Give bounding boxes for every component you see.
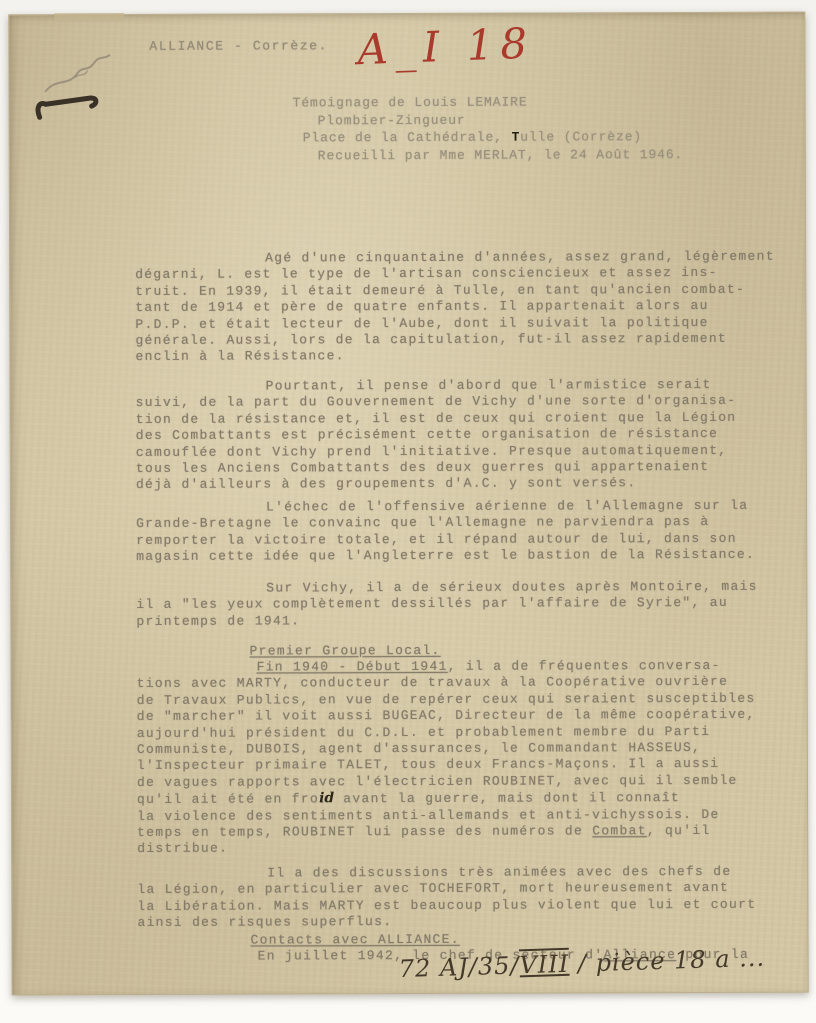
title-line-collected-by: Recueilli par Mme MERLAT, le 24 Août 194… <box>318 146 684 165</box>
title-line-profession: Plombier-Zingueur <box>318 111 684 130</box>
text-line: tions avec MARTY, conducteur de travaux … <box>137 674 756 693</box>
overwritten-letter: T <box>512 130 521 145</box>
ref-post: / pièce 18 a ... <box>569 944 766 978</box>
section-heading-premier-groupe-local: Premier Groupe Local. <box>249 643 440 660</box>
paragraph-3: L'échec de l'offensive aérienne de l'All… <box>136 498 755 566</box>
paragraph-5: Fin 1940 - Début 1941, il a de fréquente… <box>137 658 757 858</box>
ref-roman-numeral: VIII <box>519 950 570 980</box>
text-line: il a "les yeux complètement dessillés pa… <box>136 595 758 614</box>
handwritten-correction: id <box>319 791 334 807</box>
red-archival-annotation: A_I 18 <box>357 18 535 74</box>
text-line: tant de 1914 et père de quatre enfants. … <box>135 298 775 317</box>
address-pre: Place de la Cathédrale, <box>303 130 512 146</box>
text-line: déjà d'ailleurs à des groupements d'A.C.… <box>136 475 737 494</box>
text-line: l'Inspecteur primaire TALET, tous deux F… <box>137 756 756 775</box>
title-line-testimony: Témoignage de Louis LEMAIRE <box>293 93 684 112</box>
text-line: magasin cette idée que l'Angleterre est … <box>136 547 755 566</box>
title-block: Témoignage de Louis LEMAIRE Plombier-Zin… <box>293 93 684 164</box>
paragraph-1: Agé d'une cinquantaine d'années, assez g… <box>135 249 775 366</box>
scanned-document-page: { "document": { "classification": "ALLIA… <box>0 0 816 1023</box>
text-line: ainsi des risques superflus. <box>137 913 756 932</box>
text-line: des Combattants est précisément cette or… <box>136 426 737 445</box>
section-heading-contacts-alliance: Contacts avec ALLIANCE. <box>250 932 459 949</box>
text-line: printemps de 1941. <box>136 612 758 631</box>
text-line: générale. Aussi, lors de la capitulation… <box>135 331 775 350</box>
line-pre: qu'il ait été en fro <box>137 792 319 808</box>
text-line: tous les Anciens Combattants des deux gu… <box>136 459 737 478</box>
text-line: la Légion, en particulier avec TOCHEFORT… <box>137 880 756 899</box>
underlined-newspaper-combat: Combat <box>592 823 647 838</box>
document-body: Agé d'une cinquantaine d'années, assez g… <box>135 249 795 251</box>
text-line: suivi, de la part du Gouvernement de Vic… <box>136 393 737 412</box>
text-line: qu'il ait été en froid avant la guerre, … <box>137 789 756 809</box>
title-line-address: Place de la Cathédrale, Tulle (Corrèze) <box>303 128 684 147</box>
text-line: de "marcher" il voit aussi BUGEAC, Direc… <box>137 707 756 726</box>
line-rest: , il a de fréquentes conversa- <box>448 658 721 674</box>
text-line: dégarni, L. est le type de l'artisan con… <box>135 265 775 284</box>
address-post: ulle (Corrèze) <box>520 129 642 144</box>
paragraph-6: Il a des discussions très animées avec d… <box>137 864 756 932</box>
text-line: enclin à la Résistance. <box>135 347 775 366</box>
line-pre: temps en temps, ROUBINET lui passe des n… <box>137 823 592 840</box>
underlined-date-range: Fin 1940 - Début 1941 <box>257 659 448 675</box>
paragraph-2: Pourtant, il pense d'abord que l'armisti… <box>136 377 737 494</box>
text-line: Grande-Bretagne le convainc que l'Allema… <box>136 514 755 533</box>
text-line: distribue. <box>137 839 756 858</box>
line-post: , qu'il <box>647 823 711 838</box>
text-line: temps en temps, ROUBINET lui passe des n… <box>137 823 756 842</box>
text-line: la Libération. Mais MARTY est beaucoup p… <box>137 897 756 916</box>
paper-torn-edge <box>54 13 124 21</box>
ink-dash-mark <box>32 87 112 127</box>
ref-pre: 72 AJ/35/ <box>398 951 520 983</box>
document-paper-sheet: ALLIANCE - Corrèze. A_I 18 Témoignage de… <box>8 12 808 996</box>
document-classification: ALLIANCE - Corrèze. <box>149 38 328 54</box>
paragraph-4: Sur Vichy, il a de sérieux doutes après … <box>136 579 758 630</box>
line-post: avant la guerre, mais dont il connaît <box>334 790 680 806</box>
